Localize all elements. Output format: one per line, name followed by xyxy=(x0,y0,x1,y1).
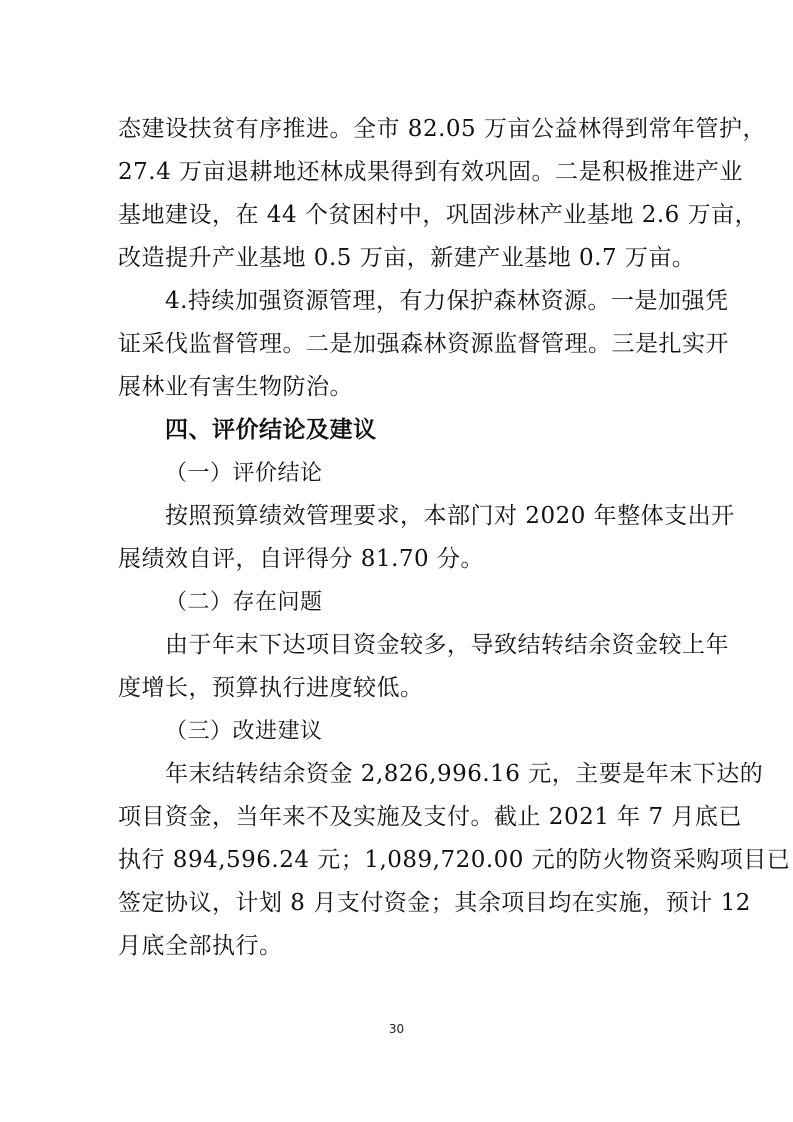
paragraph-suggestions: 年末结转结余资金 2,826,996.16 元，主要是年末下达的 项目资金，当年… xyxy=(118,753,690,968)
text-line: 签定协议，计划 8 月支付资金；其余项目均在实施，预计 12 xyxy=(118,882,690,925)
text-line: 基地建设，在 44 个贫困村中，巩固涉林产业基地 2.6 万亩， xyxy=(118,194,690,237)
paragraph-ecological-poverty: 态建设扶贫有序推进。全市 82.05 万亩公益林得到常年管护， 27.4 万亩退… xyxy=(118,108,690,280)
text-line: 态建设扶贫有序推进。全市 82.05 万亩公益林得到常年管护， xyxy=(118,108,690,151)
subheading-existing-problems: （二）存在问题 xyxy=(118,581,690,624)
document-page: 态建设扶贫有序推进。全市 82.05 万亩公益林得到常年管护， 27.4 万亩退… xyxy=(118,108,690,968)
text-line: 由于年末下达项目资金较多，导致结转结余资金较上年 xyxy=(118,624,690,667)
section-heading-conclusions: 四、评价结论及建议 xyxy=(118,409,690,452)
text-line: 27.4 万亩退耕地还林成果得到有效巩固。二是积极推进产业 xyxy=(118,151,690,194)
paragraph-problems: 由于年末下达项目资金较多，导致结转结余资金较上年 度增长，预算执行进度较低。 xyxy=(118,624,690,710)
text-line: 月底全部执行。 xyxy=(118,925,690,968)
text-line: 按照预算绩效管理要求，本部门对 2020 年整体支出开 xyxy=(118,495,690,538)
text-line: 展林业有害生物防治。 xyxy=(118,366,690,409)
paragraph-resource-management: 4.持续加强资源管理，有力保护森林资源。一是加强凭 证采伐监督管理。二是加强森林… xyxy=(118,280,690,409)
text-line: 年末结转结余资金 2,826,996.16 元，主要是年末下达的 xyxy=(118,753,690,796)
page-number: 30 xyxy=(0,1022,793,1036)
text-line: 度增长，预算执行进度较低。 xyxy=(118,667,690,710)
subheading-evaluation-conclusion: （一）评价结论 xyxy=(118,452,690,495)
text-line: 4.持续加强资源管理，有力保护森林资源。一是加强凭 xyxy=(118,280,690,323)
text-line: 展绩效自评，自评得分 81.70 分。 xyxy=(118,538,690,581)
subheading-improvement-suggestions: （三）改进建议 xyxy=(118,710,690,753)
text-line: 执行 894,596.24 元；1,089,720.00 元的防火物资采购项目已 xyxy=(118,839,690,882)
text-line: 项目资金，当年来不及实施及支付。截止 2021 年 7 月底已 xyxy=(118,796,690,839)
text-line: 证采伐监督管理。二是加强森林资源监督管理。三是扎实开 xyxy=(118,323,690,366)
paragraph-evaluation: 按照预算绩效管理要求，本部门对 2020 年整体支出开 展绩效自评，自评得分 8… xyxy=(118,495,690,581)
text-line: 改造提升产业基地 0.5 万亩，新建产业基地 0.7 万亩。 xyxy=(118,237,690,280)
